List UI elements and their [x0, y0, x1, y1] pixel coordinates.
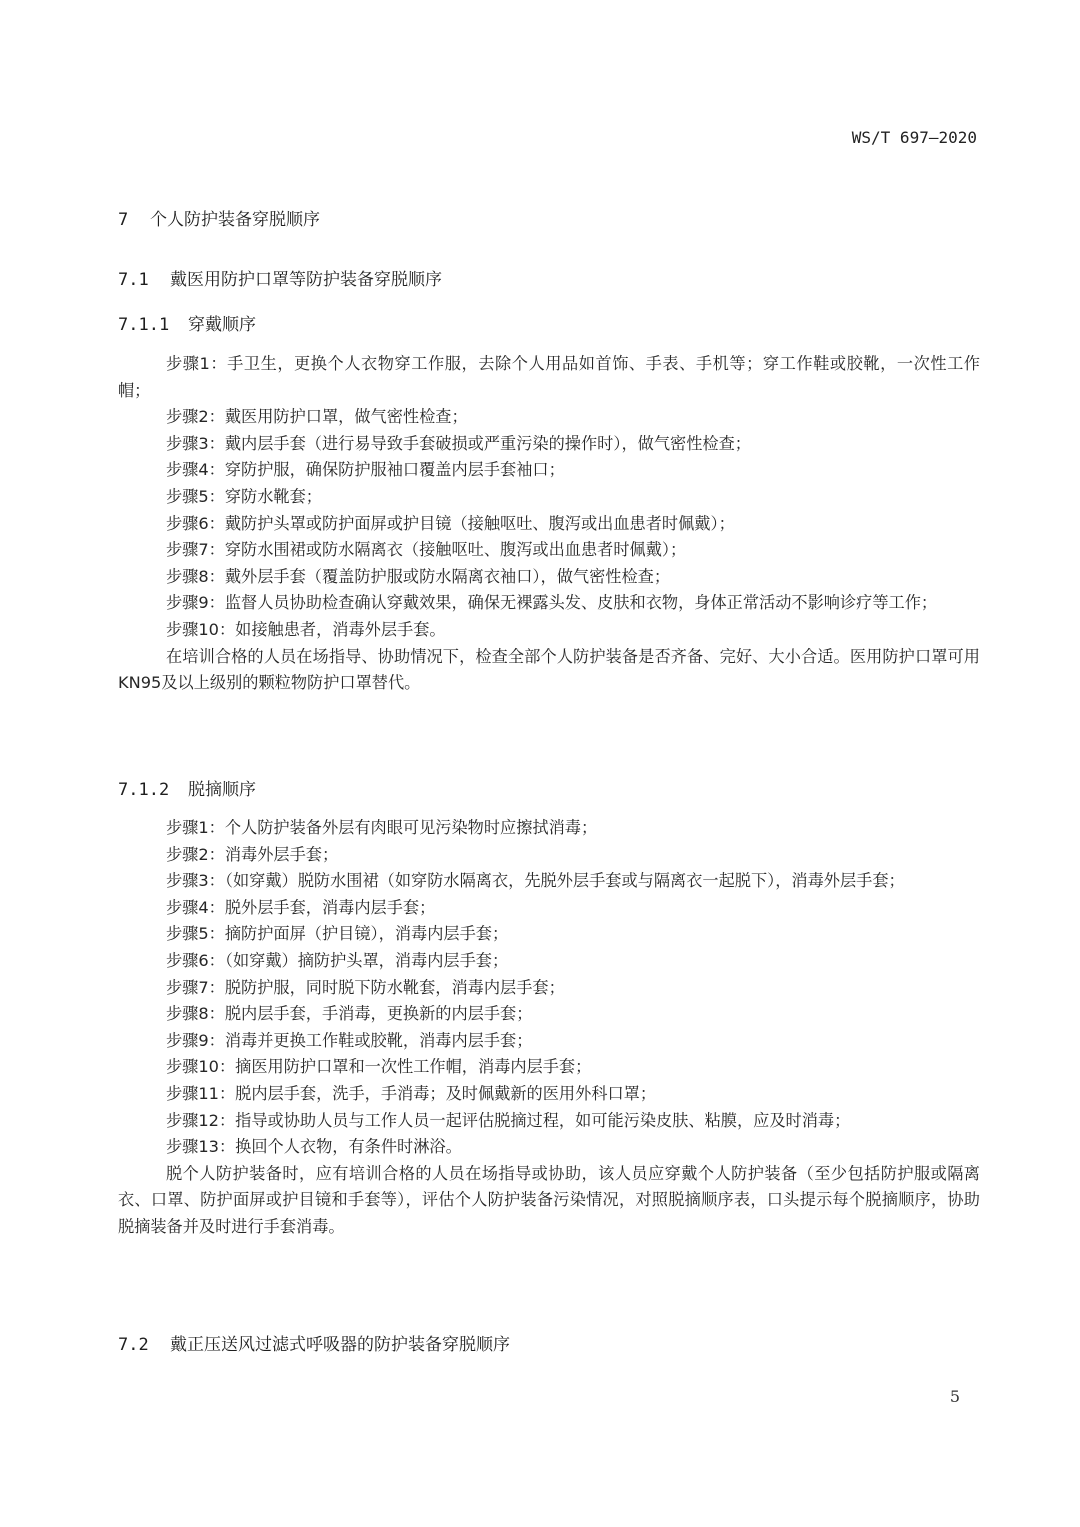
section-title: 脱摘顺序: [188, 780, 256, 800]
donning-step-10: 步骤10：如接触患者，消毒外层手套。: [118, 617, 980, 644]
section-7-1-1-heading: 7.1.1穿戴顺序: [118, 310, 256, 335]
doffing-steps-block: 步骤1：个人防护装备外层有肉眼可见污染物时应擦拭消毒； 步骤2：消毒外层手套； …: [0, 815, 1080, 1241]
doffing-step-4: 步骤4：脱外层手套，消毒内层手套；: [118, 895, 980, 922]
doffing-step-11: 步骤11：脱内层手套，洗手，手消毒；及时佩戴新的医用外科口罩；: [118, 1081, 980, 1108]
doffing-step-13: 步骤13：换回个人衣物，有条件时淋浴。: [118, 1134, 980, 1161]
section-title: 戴医用防护口罩等防护装备穿脱顺序: [170, 270, 442, 290]
section-7-heading: 7个人防护装备穿脱顺序: [118, 205, 320, 230]
section-number: 7.1: [118, 270, 170, 290]
doffing-step-6: 步骤6：（如穿戴）摘防护头罩，消毒内层手套；: [118, 948, 980, 975]
section-7-2-heading: 7.2戴正压送风过滤式呼吸器的防护装备穿脱顺序: [118, 1330, 510, 1355]
donning-steps-block: 步骤1：手卫生，更换个人衣物穿工作服，去除个人用品如首饰、手表、手机等；穿工作鞋…: [0, 351, 1080, 697]
section-number: 7.1.1: [118, 315, 188, 335]
section-number: 7.2: [118, 1335, 170, 1355]
doffing-note: 脱个人防护装备时，应有培训合格的人员在场指导或协助，该人员应穿戴个人防护装备（至…: [118, 1161, 980, 1241]
doffing-step-7: 步骤7：脱防护服，同时脱下防水靴套，消毒内层手套；: [118, 975, 980, 1002]
doffing-step-12: 步骤12：指导或协助人员与工作人员一起评估脱摘过程，如可能污染皮肤、粘膜，应及时…: [118, 1108, 980, 1135]
donning-step-7: 步骤7：穿防水围裙或防水隔离衣（接触呕吐、腹泻或出血患者时佩戴）；: [118, 537, 980, 564]
section-title: 穿戴顺序: [188, 315, 256, 335]
standard-code: WS/T 697—2020: [852, 128, 977, 147]
section-number: 7: [118, 210, 150, 230]
donning-step-4: 步骤4：穿防护服，确保防护服袖口覆盖内层手套袖口；: [118, 457, 980, 484]
section-title: 个人防护装备穿脱顺序: [150, 210, 320, 230]
document-page: WS/T 697—2020 7个人防护装备穿脱顺序 7.1戴医用防护口罩等防护装…: [0, 0, 1080, 1527]
donning-step-3: 步骤3：戴内层手套（进行易导致手套破损或严重污染的操作时），做气密性检查；: [118, 431, 980, 458]
donning-step-9: 步骤9：监督人员协助检查确认穿戴效果，确保无裸露头发、皮肤和衣物，身体正常活动不…: [118, 590, 980, 617]
doffing-step-8: 步骤8：脱内层手套，手消毒，更换新的内层手套；: [118, 1001, 980, 1028]
donning-note: 在培训合格的人员在场指导、协助情况下，检查全部个人防护装备是否齐备、完好、大小合…: [118, 644, 980, 697]
doffing-step-10: 步骤10：摘医用防护口罩和一次性工作帽，消毒内层手套；: [118, 1054, 980, 1081]
doffing-step-2: 步骤2：消毒外层手套；: [118, 842, 980, 869]
donning-step-1: 步骤1：手卫生，更换个人衣物穿工作服，去除个人用品如首饰、手表、手机等；穿工作鞋…: [118, 351, 980, 404]
doffing-step-1: 步骤1：个人防护装备外层有肉眼可见污染物时应擦拭消毒；: [118, 815, 980, 842]
doffing-step-9: 步骤9：消毒并更换工作鞋或胶靴，消毒内层手套；: [118, 1028, 980, 1055]
page-number: 5: [950, 1387, 960, 1406]
section-title: 戴正压送风过滤式呼吸器的防护装备穿脱顺序: [170, 1335, 510, 1355]
donning-step-6: 步骤6：戴防护头罩或防护面屏或护目镜（接触呕吐、腹泻或出血患者时佩戴）；: [118, 511, 980, 538]
donning-step-8: 步骤8：戴外层手套（覆盖防护服或防水隔离衣袖口），做气密性检查；: [118, 564, 980, 591]
donning-step-5: 步骤5：穿防水靴套；: [118, 484, 980, 511]
doffing-step-3: 步骤3：（如穿戴）脱防水围裙（如穿防水隔离衣，先脱外层手套或与隔离衣一起脱下），…: [118, 868, 980, 895]
section-number: 7.1.2: [118, 780, 188, 800]
donning-step-2: 步骤2：戴医用防护口罩，做气密性检查；: [118, 404, 980, 431]
doffing-step-5: 步骤5：摘防护面屏（护目镜），消毒内层手套；: [118, 921, 980, 948]
section-7-1-heading: 7.1戴医用防护口罩等防护装备穿脱顺序: [118, 265, 442, 290]
section-7-1-2-heading: 7.1.2脱摘顺序: [118, 775, 256, 800]
